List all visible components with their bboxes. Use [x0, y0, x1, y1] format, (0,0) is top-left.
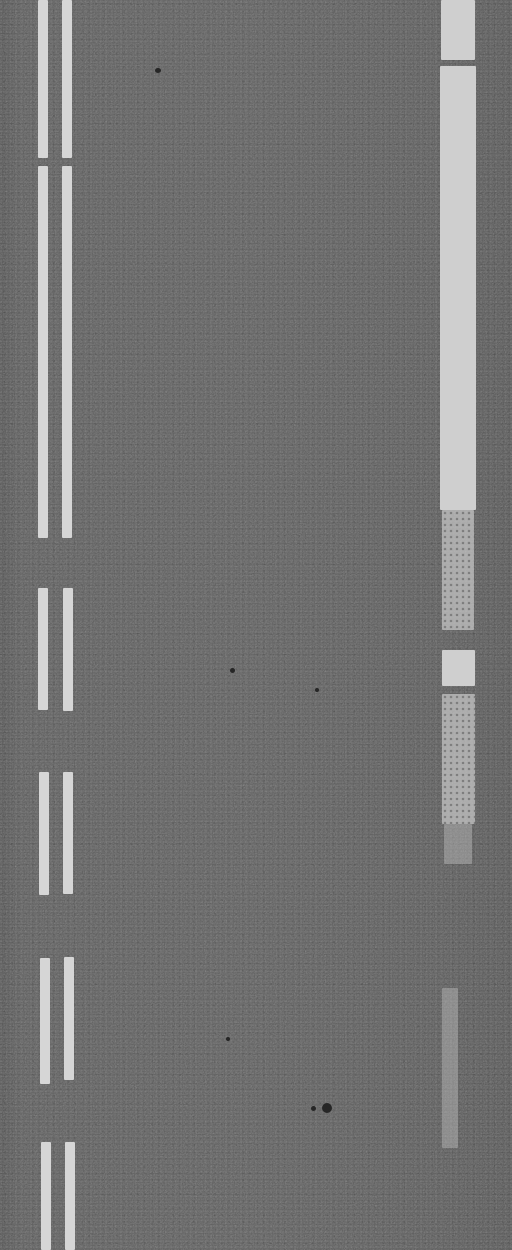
- left-line-b-seg1: [62, 0, 72, 158]
- right-line-worn1: [442, 510, 474, 630]
- left-line-a-seg1: [38, 0, 48, 158]
- left-line-a-dash3: [40, 958, 50, 1084]
- right-line-worn2: [444, 824, 472, 864]
- right-line-seg2: [440, 66, 476, 510]
- debris-spot: [230, 668, 235, 673]
- debris-spot: [155, 68, 161, 73]
- left-line-b-dash1: [63, 588, 73, 711]
- left-line-a-seg2: [38, 166, 48, 538]
- asphalt-texture: [0, 0, 512, 1250]
- left-line-b-dash4: [65, 1142, 75, 1250]
- debris-spot: [315, 688, 319, 692]
- left-line-a-dash2: [39, 772, 49, 895]
- debris-spot: [311, 1106, 316, 1111]
- right-line-seg1: [441, 0, 475, 60]
- right-line-patch: [442, 650, 475, 686]
- left-line-b-dash3: [64, 957, 74, 1080]
- left-line-b-dash2: [63, 772, 73, 894]
- left-line-a-dash4: [41, 1142, 51, 1250]
- left-line-b-seg2: [62, 166, 72, 538]
- debris-spot: [226, 1037, 230, 1041]
- right-line-faded: [442, 988, 458, 1148]
- debris-spot: [322, 1103, 332, 1113]
- road-surface: [0, 0, 512, 1250]
- right-line-seg3: [442, 694, 475, 824]
- left-line-a-dash1: [38, 588, 48, 710]
